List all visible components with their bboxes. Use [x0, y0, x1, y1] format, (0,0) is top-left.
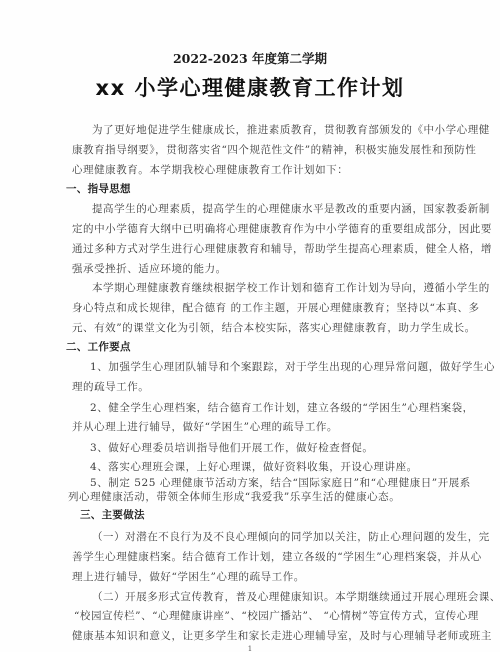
work-point-item-3: 3、做好心理委员培训指导他们开展工作，做好检查督促。	[90, 441, 450, 455]
paragraph-line: 通过多种方式对学生进行心理健康教育和辅导，帮助学生提高心理素质，健全人格，增	[72, 242, 432, 256]
paragraph-line: （二）开展多形式宣传教育，普及心理健康知识。本学期继续通过开展心理班会课、	[92, 590, 432, 604]
paragraph-line: 健康基本知识和意义，让更多学生和家长走进心理辅导室，及时与心理辅导老师或班主	[72, 629, 432, 643]
document-page: 2022-2023 年度第二学期 xx 小学心理健康教育工作计划 为了更好地促进…	[0, 0, 500, 652]
intro-line-1: 为了更好地促进学生健康成长，推进素质教育，贯彻教育部颁发的《中小学心理健	[92, 123, 432, 137]
paragraph-line: 身心特点和成长规律，配合德育 的工作主题，开展心理健康教育；坚持以“本真、多	[72, 301, 432, 315]
paragraph-line: 本学期心理健康教育继续根据学校工作计划和德育工作计划为导向，遵循小学生的	[92, 281, 432, 295]
document-title: xx 小学心理健康教育工作计划	[0, 72, 500, 102]
paragraph-line: 理上进行辅导，做好“学困生”心理的疏导工作。	[72, 570, 432, 584]
paragraph-line: 善学生心理健康档案。结合德育工作计划，建立各级的“学困生”心理档案袋，并从心	[72, 550, 432, 564]
work-point-item-2-cont: 并从心理上进行辅导，做好“学困生”心理的疏导工作。	[72, 420, 432, 434]
paragraph-line: 提高学生的心理素质，提高学生的心理健康水平是教改的重要内涵，国家教委新制	[92, 202, 432, 216]
paragraph-line: 强承受挫折、适应环境的能力。	[72, 262, 432, 276]
page-number: 1	[0, 645, 500, 652]
intro-line-2: 康教育指导纲要》，贯彻落实省“四个规范性文件”的精神，积极实施发展性和预防性	[72, 143, 432, 157]
paragraph-line: （一）对潜在不良行为及不良心理倾向的同学加以关注，防止心理问题的发生，完	[92, 530, 432, 544]
intro-line-3: 心理健康教育。本学期我校心理健康教育工作计划如下：	[72, 163, 432, 177]
section-heading-work-points: 二、工作要点	[66, 340, 426, 354]
work-point-item-5-cont: 列心理健康活动，带领全体师生形成“我爱我”乐享生活的健康心态。	[68, 490, 428, 504]
work-point-item-5: 5、制定 525 心理健康节活动方案，结合“国际家庭日”和“心理健康日”开展系	[90, 476, 450, 490]
work-point-item-4: 4、落实心理班会课，上好心理课，做好资料收集，开设心理讲座。	[90, 460, 450, 474]
section-heading-main-methods: 三、主要做法	[80, 508, 440, 522]
work-point-item-1-cont: 理的疏导工作。	[72, 380, 432, 394]
paragraph-line: “校园宣传栏”、“心理健康讲座”、“校园广播站”、 “心情树”等宣传方式，宣传心…	[74, 609, 434, 623]
paragraph-line: 定的中小学德育大纲中已明确将心理健康教育作为中小学德育的重要组成部分，因此要	[72, 222, 432, 236]
document-subtitle: 2022-2023 年度第二学期	[0, 49, 500, 67]
section-heading-guiding-ideology: 一、指导思想	[66, 182, 426, 196]
work-point-item-2: 2、健全学生心理档案，结合德育工作计划，建立各级的“学困生”心理档案袋，	[90, 401, 450, 415]
paragraph-line: 元、有效”的课堂文化为引领，结合本校实际，落实心理健康教育，助力学生成长。	[72, 321, 432, 335]
work-point-item-1: 1、加强学生心理团队辅导和个案跟踪，对于学生出现的心理异常问题，做好学生心	[90, 360, 450, 374]
